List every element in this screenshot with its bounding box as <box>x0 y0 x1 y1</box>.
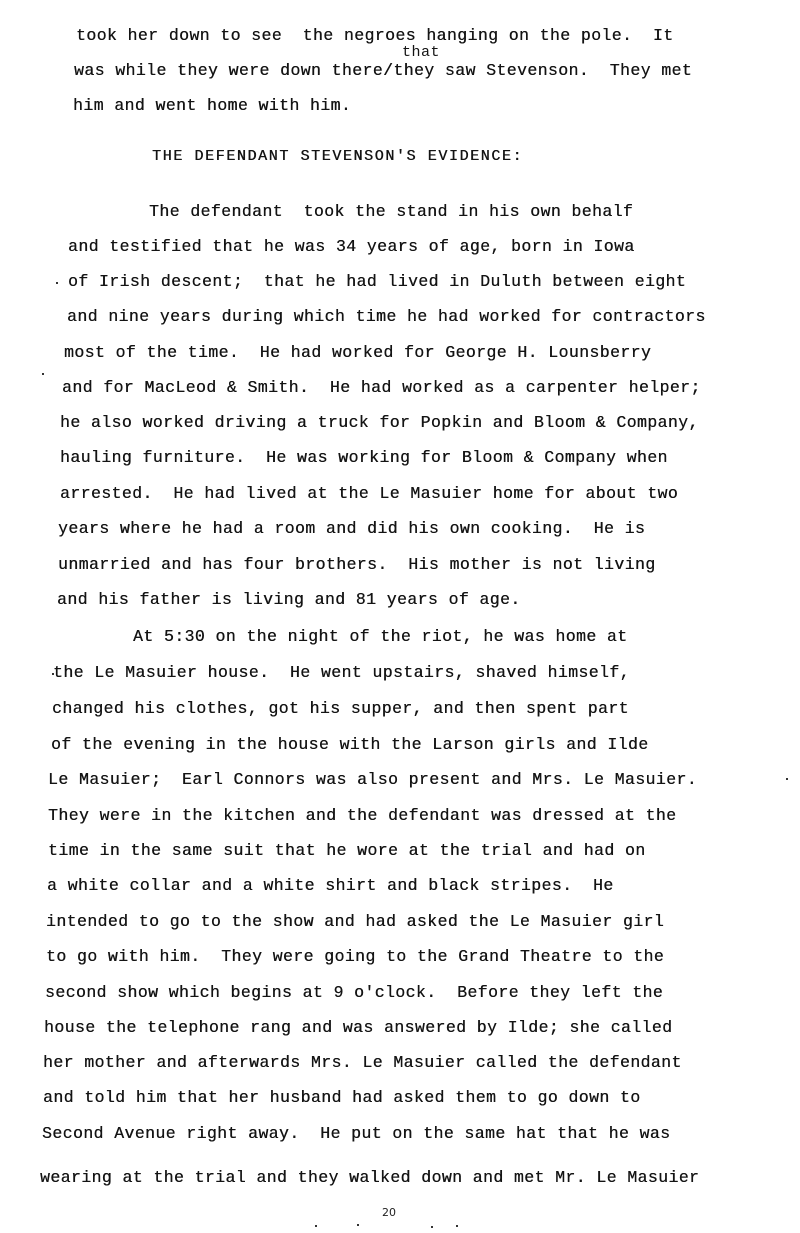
text-line: hauling furniture. He was working for Bl… <box>60 448 668 468</box>
text-line: The defendant took the stand in his own … <box>149 202 633 222</box>
scan-speck <box>357 1224 359 1226</box>
scan-speck <box>52 673 54 675</box>
text-line: second show which begins at 9 o'clock. B… <box>45 983 663 1003</box>
text-line: and for MacLeod & Smith. He had worked a… <box>62 378 701 398</box>
text-line: They were in the kitchen and the defenda… <box>48 806 676 826</box>
interlinear-insertion: that <box>402 45 440 61</box>
text-line: unmarried and has four brothers. His mot… <box>58 555 656 575</box>
text-line: to go with him. They were going to the G… <box>46 947 664 967</box>
text-line: of Irish descent; that he had lived in D… <box>68 272 686 292</box>
text-line: and testified that he was 34 years of ag… <box>68 237 635 257</box>
text-line: years where he had a room and did his ow… <box>58 519 645 539</box>
typewritten-page: took her down to see the negroes hanging… <box>0 0 800 1233</box>
text-line: and told him that her husband had asked … <box>43 1088 641 1108</box>
scan-speck <box>42 373 44 375</box>
scan-speck <box>431 1226 433 1228</box>
scan-speck <box>456 1225 458 1227</box>
text-line: of the evening in the house with the Lar… <box>51 735 649 755</box>
text-line: he also worked driving a truck for Popki… <box>60 413 699 433</box>
text-line: changed his clothes, got his supper, and… <box>52 699 629 719</box>
text-line: the Le Masuier house. He went upstairs, … <box>53 663 630 683</box>
text-line: him and went home with him. <box>73 96 351 116</box>
scan-speck <box>315 1225 317 1227</box>
text-line: house the telephone rang and was answere… <box>44 1018 672 1038</box>
text-line: a white collar and a white shirt and bla… <box>47 876 614 896</box>
text-line: most of the time. He had worked for Geor… <box>64 343 651 363</box>
text-line: and nine years during which time he had … <box>67 307 706 327</box>
text-line: intended to go to the show and had asked… <box>46 912 664 932</box>
page-number: 20 <box>382 1206 396 1220</box>
text-line: and his father is living and 81 years of… <box>57 590 521 610</box>
text-line: Le Masuier; Earl Connors was also presen… <box>48 770 697 790</box>
scan-speck <box>786 778 788 780</box>
text-line: her mother and afterwards Mrs. Le Masuie… <box>43 1053 682 1073</box>
text-line: was while they were down there/they saw … <box>74 61 692 81</box>
text-line: At 5:30 on the night of the riot, he was… <box>133 627 627 647</box>
text-line: arrested. He had lived at the Le Masuier… <box>60 484 678 504</box>
scan-speck <box>56 282 58 284</box>
text-line: Second Avenue right away. He put on the … <box>42 1124 670 1144</box>
text-line: wearing at the trial and they walked dow… <box>40 1168 699 1188</box>
section-heading: THE DEFENDANT STEVENSON'S EVIDENCE: <box>152 147 523 167</box>
text-line: took her down to see the negroes hanging… <box>76 26 674 46</box>
text-line: time in the same suit that he wore at th… <box>48 841 646 861</box>
